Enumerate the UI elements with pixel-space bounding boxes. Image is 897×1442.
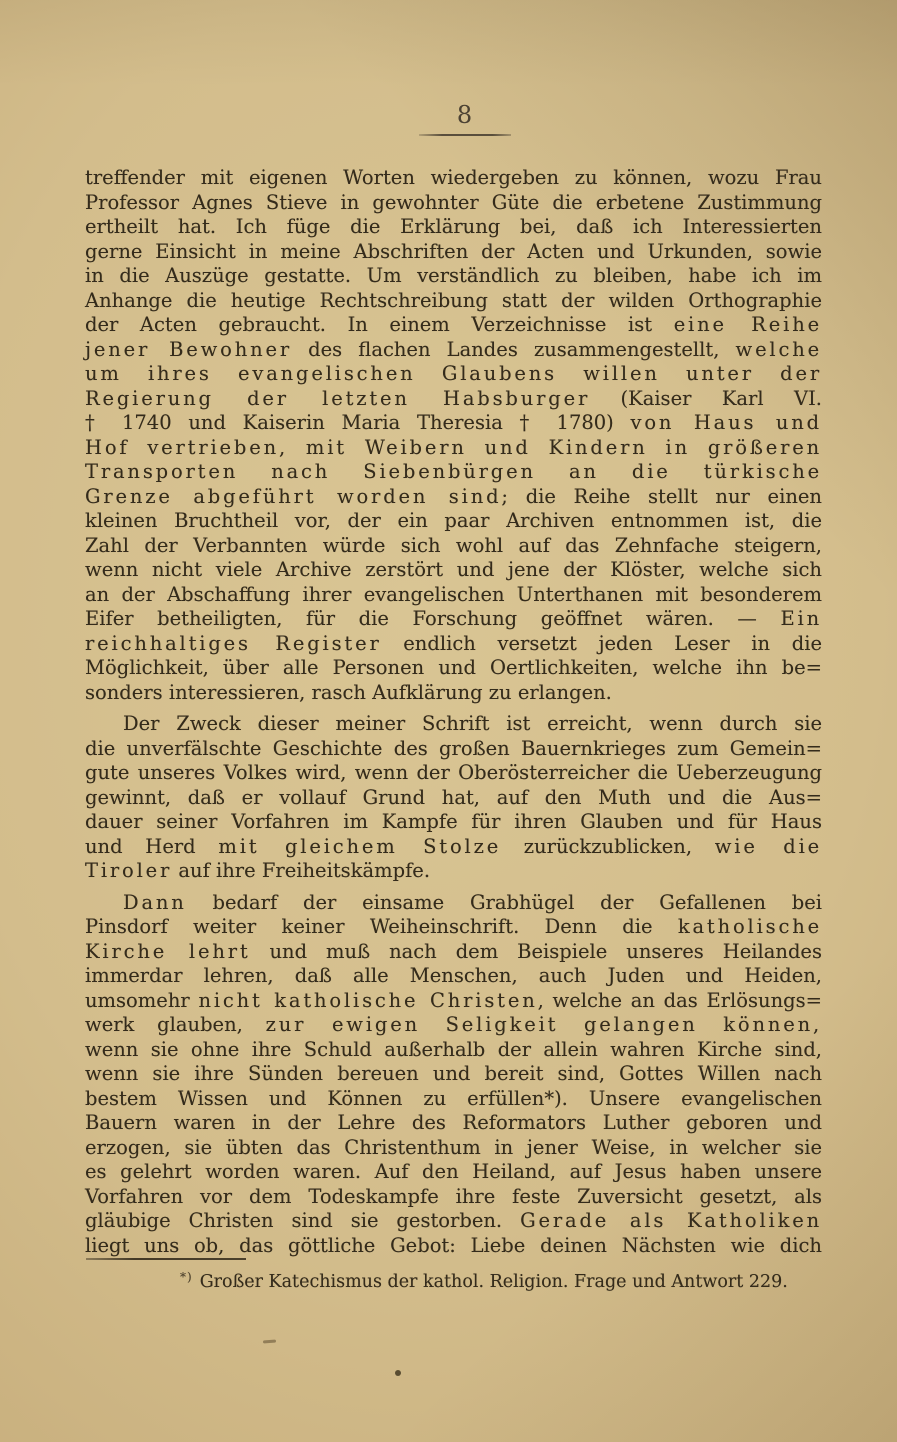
emphasized-text-segment: Grenze abgeführt worden sind (85, 485, 501, 508)
text-line: † 1740 und Kaiserin Maria Theresia † 178… (85, 411, 822, 436)
text-segment: gläubige Christen sind sie gestorben. (85, 1209, 520, 1232)
footnote-text: Großer Katechismus der kathol. Religion.… (200, 1272, 788, 1292)
text-segment: Professor Agnes Stieve in gewohnter Güte… (85, 191, 822, 214)
text-line: Professor Agnes Stieve in gewohnter Güte… (85, 191, 822, 216)
text-segment: die unverfälschte Geschichte des großen … (85, 737, 822, 760)
text-line: umsomehr nicht katholische Christen, wel… (85, 989, 822, 1014)
text-segment: gerne Einsicht in meine Abschriften der … (85, 240, 822, 263)
text-segment: an der Abschaffung ihrer evangelischen U… (85, 583, 822, 606)
footnote-marker: *) (180, 1270, 193, 1284)
paragraph: Der Zweck dieser meiner Schrift ist erre… (85, 712, 822, 884)
emphasized-text-segment: Ein (780, 607, 822, 630)
text-line: dauer seiner Vorfahren im Kampfe für ihr… (85, 810, 822, 835)
text-line: liegt uns ob, das göttliche Gebot: Liebe… (85, 1234, 822, 1259)
text-segment: dauer seiner Vorfahren im Kampfe für ihr… (85, 810, 822, 833)
text-line: Eifer betheiligten, für die Forschung ge… (85, 607, 822, 632)
emphasized-text-segment: Hof vertrieben, mit Weibern und Kindern … (85, 436, 822, 459)
text-segment: und Herd (85, 835, 218, 858)
text-segment: gewinnt, daß er vollauf Grund hat, auf d… (85, 786, 822, 809)
text-segment: Zahl der Verbannten würde sich wohl auf … (85, 534, 822, 557)
text-line: Der Zweck dieser meiner Schrift ist erre… (85, 712, 822, 737)
text-segment: gute unseres Volkes wird, wenn der Oberö… (85, 761, 822, 784)
text-segment: wenn sie ohne ihre Schuld außerhalb der … (85, 1038, 822, 1061)
text-segment: bestem Wissen und Können zu erfüllen*). … (85, 1087, 822, 1110)
text-line: der Acten gebraucht. In einem Verzeichni… (85, 313, 822, 338)
text-line: kleinen Bruchtheil vor, der ein paar Arc… (85, 509, 822, 534)
text-line: Vorfahren vor dem Todeskampfe ihre feste… (85, 1185, 822, 1210)
text-line: wenn sie ihre Sünden bereuen und bereit … (85, 1062, 822, 1087)
emphasized-text-segment: Gerade als Katholiken (520, 1209, 822, 1232)
text-line: gewinnt, daß er vollauf Grund hat, auf d… (85, 786, 822, 811)
text-line: reichhaltiges Register endlich versetzt … (85, 632, 822, 657)
text-line: treffender mit eigenen Worten wiedergebe… (85, 166, 822, 191)
text-line: Anhange die heutige Rechtschreibung stat… (85, 289, 822, 314)
text-line: bestem Wissen und Können zu erfüllen*). … (85, 1087, 822, 1112)
text-segment: Bauern waren in der Lehre des Reformator… (85, 1111, 822, 1134)
emphasized-text-segment: eine Reihe (674, 313, 822, 336)
text-segment: sonders interessieren, rasch Aufklärung … (85, 681, 612, 704)
text-line: Möglichkeit, über alle Personen und Oert… (85, 656, 822, 681)
emphasized-text-segment: reichhaltiges Register (85, 632, 382, 655)
page-number-rule (419, 134, 511, 136)
text-segment: † 1740 und Kaiserin Maria Theresia † 178… (85, 411, 631, 434)
text-line: erzogen, sie übten das Christenthum in j… (85, 1136, 822, 1161)
text-segment: wenn nicht viele Archive zerstört und je… (85, 558, 822, 581)
text-segment: Pinsdorf weiter keiner Weiheinschrift. D… (85, 915, 678, 938)
footnote: *)Großer Katechismus der kathol. Religio… (85, 1266, 822, 1293)
text-segment: kleinen Bruchtheil vor, der ein paar Arc… (85, 509, 822, 532)
text-segment: zurückzublicken, (501, 835, 715, 858)
text-segment: immerdar lehren, daß alle Menschen, auch… (85, 964, 822, 987)
text-line: in die Auszüge gestatte. Um verständlich… (85, 264, 822, 289)
text-line: sonders interessieren, rasch Aufklärung … (85, 681, 822, 706)
text-line: gläubige Christen sind sie gestorben. Ge… (85, 1209, 822, 1234)
text-segment: Möglichkeit, über alle Personen und Oert… (85, 656, 822, 679)
text-segment: ertheilt hat. Ich füge die Erklärung bei… (85, 215, 822, 238)
emphasized-text-segment: katholische (678, 915, 822, 938)
text-line: Transporten nach Siebenbürgen an die tür… (85, 460, 822, 485)
text-segment: (Kaiser Karl VI. (590, 387, 822, 410)
emphasized-text-segment: Kirche lehrt (85, 940, 251, 963)
text-segment: wenn sie ihre Sünden bereuen und bereit … (85, 1062, 822, 1085)
text-line: Zahl der Verbannten würde sich wohl auf … (85, 534, 822, 559)
text-segment: treffender mit eigenen Worten wiedergebe… (85, 166, 822, 189)
text-line: Regierung der letzten Habsburger (Kaiser… (85, 387, 822, 412)
footnote-rule (86, 1258, 246, 1260)
text-line: Pinsdorf weiter keiner Weiheinschrift. D… (85, 915, 822, 940)
emphasized-text-segment: zur ewigen Seligkeit gelangen können, (266, 1013, 822, 1036)
text-line: Bauern waren in der Lehre des Reformator… (85, 1111, 822, 1136)
emphasized-text-segment: welche (736, 338, 822, 361)
emphasized-text-segment: Dann (123, 891, 187, 914)
text-segment: Vorfahren vor dem Todeskampfe ihre feste… (85, 1185, 822, 1208)
text-line: an der Abschaffung ihrer evangelischen U… (85, 583, 822, 608)
emphasized-text-segment: Transporten nach Siebenbürgen an die tür… (85, 460, 822, 483)
emphasized-text-segment: Regierung der letzten Habsburger (85, 387, 590, 410)
text-segment: des flachen Landes zusammengestellt, (292, 338, 736, 361)
text-line: gute unseres Volkes wird, wenn der Oberö… (85, 761, 822, 786)
text-line: es gelehrt worden waren. Auf den Heiland… (85, 1160, 822, 1185)
text-segment: liegt uns ob, das göttliche Gebot: Liebe… (85, 1234, 822, 1257)
text-segment: es gelehrt worden waren. Auf den Heiland… (85, 1160, 822, 1183)
paragraph: Dann bedarf der einsame Grabhügel der Ge… (85, 891, 822, 1259)
page-number: 8 (419, 100, 511, 130)
text-segment: ; die Reihe stellt nur einen (501, 485, 822, 508)
text-line: jener Bewohner des flachen Landes zusamm… (85, 338, 822, 363)
emphasized-text-segment: von Haus und (631, 411, 823, 434)
text-segment: endlich versetzt jeden Leser in die (382, 632, 822, 655)
text-segment: der Acten gebraucht. In einem Verzeichni… (85, 313, 674, 336)
text-segment: Anhange die heutige Rechtschreibung stat… (85, 289, 822, 312)
text-segment: auf ihre Freiheitskämpfe. (172, 859, 430, 882)
text-line: ertheilt hat. Ich füge die Erklärung bei… (85, 215, 822, 240)
text-segment: erzogen, sie übten das Christenthum in j… (85, 1136, 822, 1159)
text-line: Grenze abgeführt worden sind; die Reihe … (85, 485, 822, 510)
text-block: treffender mit eigenen Worten wiedergebe… (85, 166, 822, 1265)
emphasized-text-segment: Tiroler (85, 859, 172, 882)
text-segment: Eifer betheiligten, für die Forschung ge… (85, 607, 780, 630)
text-line: die unverfälschte Geschichte des großen … (85, 737, 822, 762)
text-segment: umsomehr (85, 989, 198, 1012)
text-segment: und muß nach dem Beispiele unseres Heila… (251, 940, 822, 963)
text-segment: Der Zweck dieser meiner Schrift ist erre… (123, 712, 822, 735)
text-line: wenn nicht viele Archive zerstört und je… (85, 558, 822, 583)
paragraph: treffender mit eigenen Worten wiedergebe… (85, 166, 822, 705)
emphasized-text-segment: jener Bewohner (85, 338, 292, 361)
text-line: gerne Einsicht in meine Abschriften der … (85, 240, 822, 265)
text-line: Tiroler auf ihre Freiheitskämpfe. (85, 859, 822, 884)
scan-speck-dash (263, 1340, 276, 1344)
text-segment: bedarf der einsame Grabhügel der Gefalle… (187, 891, 822, 914)
text-line: um ihres evangelischen Glaubens willen u… (85, 362, 822, 387)
text-line: werk glauben, zur ewigen Seligkeit gelan… (85, 1013, 822, 1038)
text-segment: werk glauben, (85, 1013, 266, 1036)
text-line: Kirche lehrt und muß nach dem Beispiele … (85, 940, 822, 965)
text-segment: in die Auszüge gestatte. Um verständlich… (85, 264, 822, 287)
emphasized-text-segment: nicht katholische Christen (198, 989, 537, 1012)
text-segment: , welche an das Erlösungs= (538, 989, 822, 1012)
text-line: immerdar lehren, daß alle Menschen, auch… (85, 964, 822, 989)
emphasized-text-segment: mit gleichem Stolze (218, 835, 501, 858)
scan-speck-dot (395, 1370, 401, 1376)
emphasized-text-segment: um ihres evangelischen Glaubens willen u… (85, 362, 822, 385)
emphasized-text-segment: wie die (715, 835, 822, 858)
text-line: und Herd mit gleichem Stolze zurückzubli… (85, 835, 822, 860)
text-line: wenn sie ohne ihre Schuld außerhalb der … (85, 1038, 822, 1063)
page-header: 8 (419, 100, 511, 136)
scanned-book-page: 8 treffender mit eigenen Worten wiederge… (0, 0, 897, 1442)
text-line: Hof vertrieben, mit Weibern und Kindern … (85, 436, 822, 461)
text-line: Dann bedarf der einsame Grabhügel der Ge… (85, 891, 822, 916)
